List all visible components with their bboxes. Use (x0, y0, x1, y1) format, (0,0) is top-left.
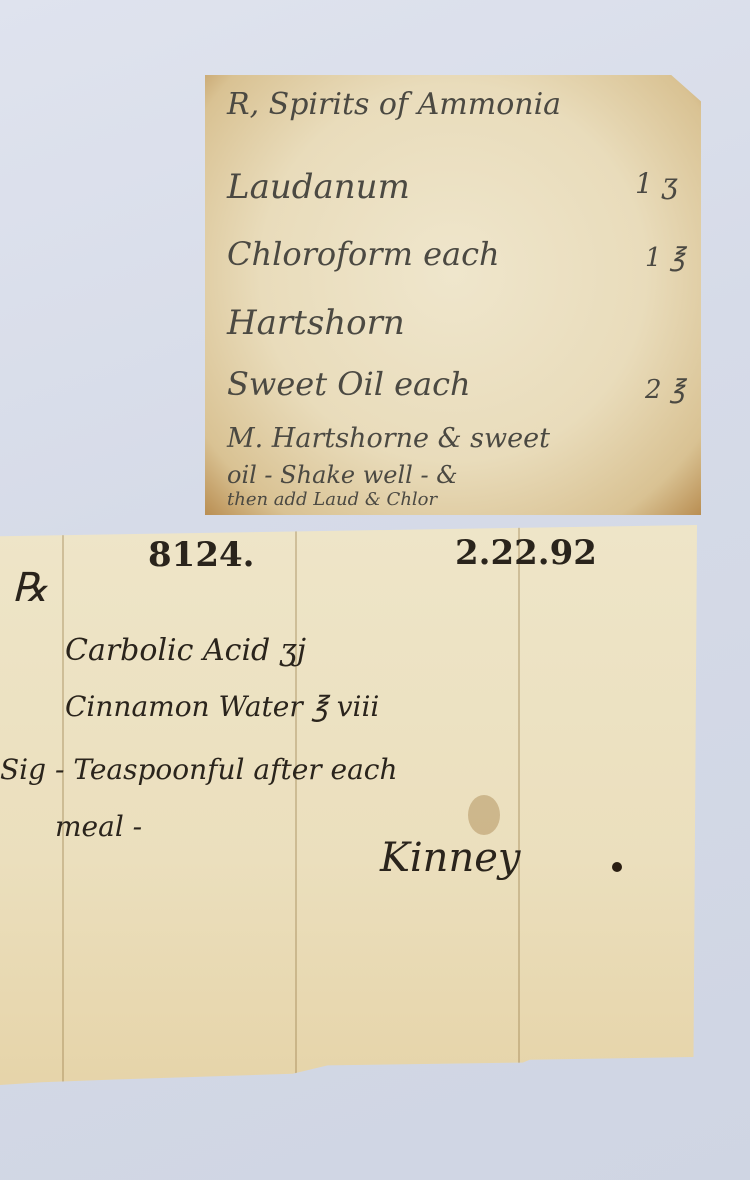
stain (612, 862, 622, 872)
prescription-number: 8124. (148, 535, 254, 575)
fold-line (295, 525, 297, 1085)
fold-line (62, 525, 64, 1085)
sheet-line-4: meal - (55, 810, 142, 843)
prescription-card-top: R, Spirits of Ammonia Laudanum Chlorofor… (205, 75, 701, 515)
card-line-1: R, Spirits of Ammonia (227, 87, 561, 122)
sheet-line-2: Cinnamon Water ℥ viii (65, 690, 379, 723)
card-line-4: Hartshorn (227, 303, 405, 343)
card-line-7: oil - Shake well - & (227, 461, 458, 489)
card-line-8: then add Laud & Chlor (227, 489, 437, 510)
prescription-date: 2.22.92 (455, 533, 597, 573)
stain (468, 795, 500, 835)
sheet-line-3: Sig - Teaspoonful after each (0, 753, 398, 786)
prescription-sheet-bottom: 8124. 2.22.92 ℞ Carbolic Acid ʒj Cinnamo… (0, 525, 697, 1085)
card-line-3: Chloroform each (227, 235, 500, 273)
dose-1: 1 ʒ (635, 167, 678, 200)
sheet-line-1: Carbolic Acid ʒj (65, 633, 306, 668)
card-line-6: M. Hartshorne & sweet (227, 423, 550, 454)
dose-2: 1 ℥ (645, 243, 685, 273)
card-line-2: Laudanum (227, 167, 410, 207)
rx-symbol: ℞ (12, 565, 48, 611)
fold-line (518, 525, 520, 1085)
card-line-5: Sweet Oil each (227, 365, 471, 403)
dose-3: 2 ℥ (645, 375, 685, 405)
signature: Kinney (380, 835, 520, 881)
